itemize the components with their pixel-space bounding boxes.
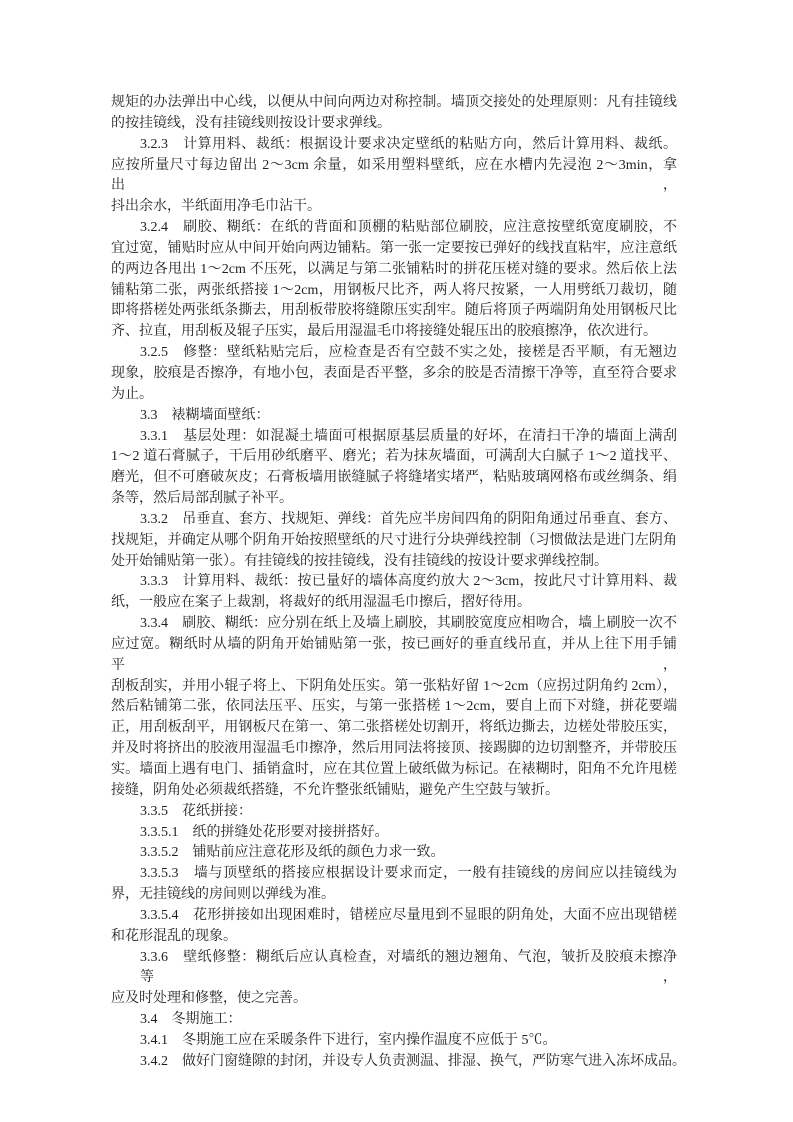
text-line: 3.3.5.1 纸的拼缝处花形要对接拼搭好。	[111, 823, 677, 844]
text-line: 3.3.2 吊垂直、套方、找规矩、弹线：首先应半房间四角的阴阳角通过吊垂直、套方…	[111, 510, 677, 531]
text-line: 3.2.5 修整：壁纸粘贴完后，应检查是否有空鼓不实之处，接槎是否平顺，有无翘边	[111, 343, 677, 364]
text-line: 刮板刮实，并用小辊子将上、下阴角处压实。第一张粘好留 1～2cm（应拐过阴角约 …	[111, 677, 677, 698]
text-line: 3.2.3 计算用料、裁纸：根据设计要求决定壁纸的粘贴方向，然后计算用料、裁纸。	[111, 135, 677, 156]
text-line: 3.3.3 计算用料、裁纸：按已量好的墙体高度约放大 2～3cm，按此尺寸计算用…	[111, 572, 677, 593]
text-line: 3.4.1 冬期施工应在采暖条件下进行，室内操作温度不应低于 5℃。	[111, 1031, 677, 1052]
text-line: 3.3.5.4 花形拼接如出现困难时，错槎应尽量甩到不显眼的阴角处，大面不应出现…	[111, 906, 677, 927]
text-line: 现象，胶痕是否擦净，有地小包，表面是否平整，多余的胶是否清擦干净等，直至符合要求	[111, 364, 677, 385]
text-line: 铺粘第二张，两张纸搭接 1～2cm，用钢板尺比齐，两人将尺按紧，一人用劈纸刀裁切…	[111, 281, 677, 302]
text-line: 条等，然后局部刮腻子补平。	[111, 489, 677, 510]
text-line: 为止。	[111, 385, 677, 406]
text-line: 的按挂镜线，没有挂镜线则按设计要求弹线。	[111, 114, 677, 135]
text-line: 3.3.5 花纸拼接：	[111, 802, 677, 823]
text-line: 3.4 冬期施工：	[111, 1010, 677, 1031]
text-line: 接缝，阴角处必须裁纸搭缝，不允许整张纸铺贴，避免产生空鼓与皱折。	[111, 781, 677, 802]
text-line: 3.3 裱糊墙面壁纸：	[111, 406, 677, 427]
document-page: 规矩的办法弹出中心线，以便从中间向两边对称控制。墙顶交接处的处理原则：凡有挂镜线…	[0, 0, 793, 1122]
text-line: 宜过宽，铺贴时应从中间开始向两边铺粘。第一张一定要按已弹好的线找直粘牢，应注意纸	[111, 239, 677, 260]
text-line: 正，用刮板刮平，用钢板尺在第一、第二张搭槎处切割开，将纸边撕去，边槎处带胶压实，	[111, 718, 677, 739]
text-line: 找规矩，并确定从哪个阴角开始按照壁纸的尺寸进行分块弹线控制（习惯做法是进门左阴角	[111, 531, 677, 552]
text-line: 3.2.4 刷胶、糊纸：在纸的背面和顶棚的粘贴部位刷胶，应注意按壁纸宽度刷胶，不	[111, 218, 677, 239]
text-line: 磨光，但不可磨破灰皮；石膏板墙用嵌缝腻子将缝堵实堵严，粘贴玻璃网格布或丝绸条、绢	[111, 468, 677, 489]
text-line: 处开始铺贴第一张）。有挂镜线的按挂镜线，没有挂镜线的按设计要求弹线控制。	[111, 552, 677, 573]
text-line: 齐、拉直，用刮板及辊子压实，最后用湿温毛巾将接缝处辊压出的胶痕擦净，依次进行。	[111, 322, 677, 343]
text-line: 即将搭槎处两张纸条撕去，用刮板带胶将缝隙压实刮牢。随后将顶子两端阴角处用钢板尺比	[111, 301, 677, 322]
text-line: 3.3.1 基层处理：如混凝土墙面可根据原基层质量的好坏，在清扫干净的墙面上满刮	[111, 427, 677, 448]
text-line: 并及时将挤出的胶液用湿温毛巾擦净，然后用同法将接顶、接踢脚的边切割整齐，并带胶压	[111, 739, 677, 760]
text-line: 然后粘铺第二张，依同法压平、压实，与第一张搭槎 1～2cm，要自上而下对缝，拼花…	[111, 697, 677, 718]
text-line: 抖出余水，半纸面用净毛巾沾干。	[111, 197, 677, 218]
text-line: 应过宽。糊纸时从墙的阴角开始铺贴第一张，按已画好的垂直线吊直，并从上往下用手铺平…	[111, 635, 677, 677]
text-line: 3.3.5.3 墙与顶壁纸的搭接应根据设计要求而定，一般有挂镜线的房间应以挂镜线…	[111, 864, 677, 885]
text-line: 规矩的办法弹出中心线，以便从中间向两边对称控制。墙顶交接处的处理原则：凡有挂镜线	[111, 93, 677, 114]
text-line: 3.3.5.2 铺贴前应注意花形及纸的颜色力求一致。	[111, 843, 677, 864]
text-line: 和花形混乱的现象。	[111, 927, 677, 948]
text-line: 3.3.4 刷胶、糊纸：应分别在纸上及墙上刷胶，其刷胶宽度应相吻合，墙上刷胶一次…	[111, 614, 677, 635]
text-line: 实。墙面上遇有电门、插销盒时，应在其位置上破纸做为标记。在裱糊时，阳角不允许甩槎	[111, 760, 677, 781]
text-line: 界，无挂镜线的房间则以弹线为准。	[111, 885, 677, 906]
text-line: 应及时处理和修整，使之完善。	[111, 989, 677, 1010]
text-line: 的两边各甩出 1～2cm 不压死，以满足与第二张铺粘时的拼花压槎对缝的要求。然后…	[111, 260, 677, 281]
text-line: 3.3.6 壁纸修整：糊纸后应认真检查，对墙纸的翘边翘角、气泡，皱折及胶痕未擦净…	[111, 948, 677, 990]
text-line: 应按所量尺寸每边留出 2～3cm 余量，如采用塑料壁纸，应在水槽内先浸泡 2～3…	[111, 156, 677, 198]
text-line: 纸，一般应在案子上裁割，将裁好的纸用湿温毛巾擦后，摺好待用。	[111, 593, 677, 614]
text-line: 1～2 道石膏腻子，干后用砂纸磨平、磨光；若为抹灰墙面，可满刮大白腻子 1～2 …	[111, 447, 677, 468]
document-body: 规矩的办法弹出中心线，以便从中间向两边对称控制。墙顶交接处的处理原则：凡有挂镜线…	[111, 93, 677, 1073]
text-line: 3.4.2 做好门窗缝隙的封闭，并设专人负责测温、排湿、换气，严防寒气进入冻坏成…	[111, 1052, 677, 1073]
